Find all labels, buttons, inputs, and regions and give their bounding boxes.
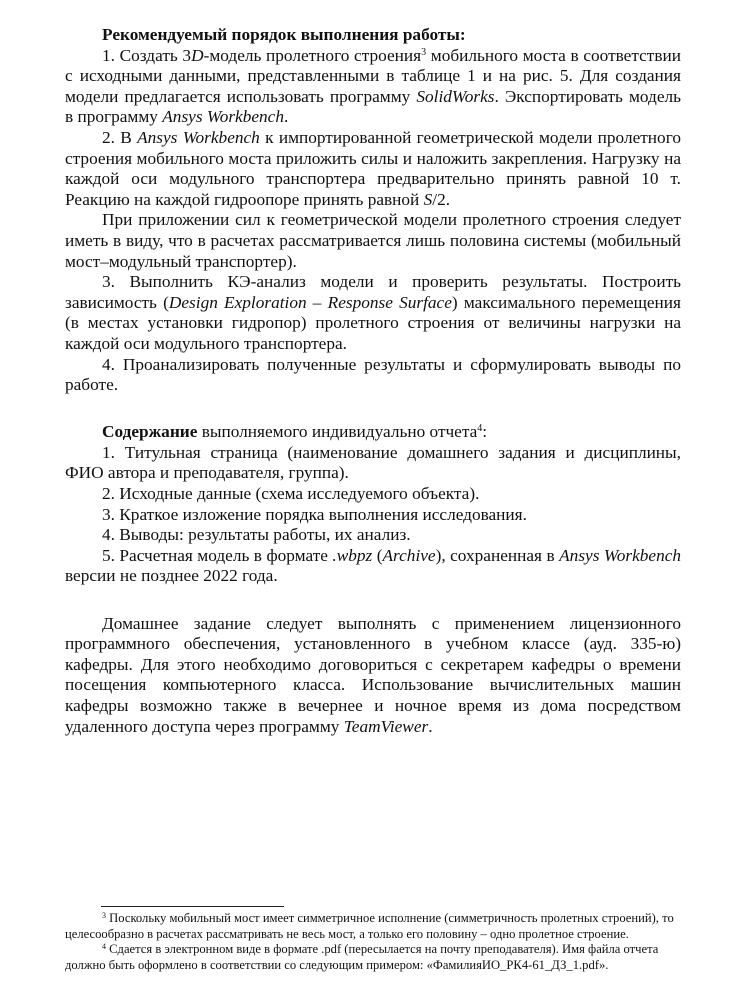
footnote-text: Поскольку мобильный мост имеет симметрич… [65,911,674,941]
section-heading-report-contents: Содержание выполняемого индивидуально от… [65,422,681,443]
formula-variable: S [424,190,433,209]
spacer [65,396,681,417]
footnotes: 3 Поскольку мобильный мост имеет симметр… [65,911,681,973]
text-italic: Archive [383,546,436,565]
report-item-2: 2. Исходные данные (схема исследуемого о… [65,484,681,505]
text: выполняемого индивидуально отчета [197,422,477,441]
text: : [482,422,487,441]
text: . [284,107,288,126]
spacer [65,587,681,608]
step-4-paragraph: 4. Проанализировать полученные результат… [65,355,681,396]
text: -модель пролетного строения [204,46,422,65]
text-italic: .wbpz [332,546,372,565]
text-bold: Содержание [102,422,197,441]
step-3-paragraph: 3. Выполнить КЭ-анализ модели и проверит… [65,272,681,354]
report-item-4: 4. Выводы: результаты работы, их анализ. [65,525,681,546]
document-page: Рекомендуемый порядок выполнения работы:… [65,25,681,737]
footnote-3: 3 Поскольку мобильный мост имеет симметр… [65,911,681,942]
footnote-separator [101,906,284,907]
step-1-paragraph: 1. Создать 3D-модель пролетного строения… [65,46,681,128]
text: версии не позднее 2022 года. [65,566,278,585]
footnote-4: 4 Сдается в электронном виде в формате .… [65,942,681,973]
text: ( [372,546,382,565]
footnote-text: Сдается в электронном виде в формате .pd… [65,942,658,972]
text-italic: TeamViewer [344,717,428,736]
text: . [428,717,432,736]
text-italic: Design Exploration – Response Surface [169,293,452,312]
text-italic: D [191,46,203,65]
report-item-1: 1. Титульная страница (наименование дома… [65,443,681,484]
text-italic: Ansys Workbench [137,128,260,147]
text: 5. Расчетная модель в формате [102,546,332,565]
report-item-3: 3. Краткое изложение порядка выполнения … [65,505,681,526]
text: 2. В [102,128,137,147]
text: /2. [432,190,450,209]
section-heading-work-order: Рекомендуемый порядок выполнения работы: [65,25,681,46]
text: ), сохраненная в [436,546,560,565]
note-paragraph: При приложении сил к геометрической моде… [65,210,681,272]
text-italic: Ansys Workbench [162,107,284,126]
step-2-paragraph: 2. В Ansys Workbench к импортированной г… [65,128,681,210]
text-italic: Ansys Workbench [559,546,681,565]
text: 1. Создать 3 [102,46,191,65]
report-item-5: 5. Расчетная модель в формате .wbpz (Arc… [65,546,681,587]
license-paragraph: Домашнее задание следует выполнять с при… [65,614,681,738]
text-italic: SolidWorks [416,87,494,106]
